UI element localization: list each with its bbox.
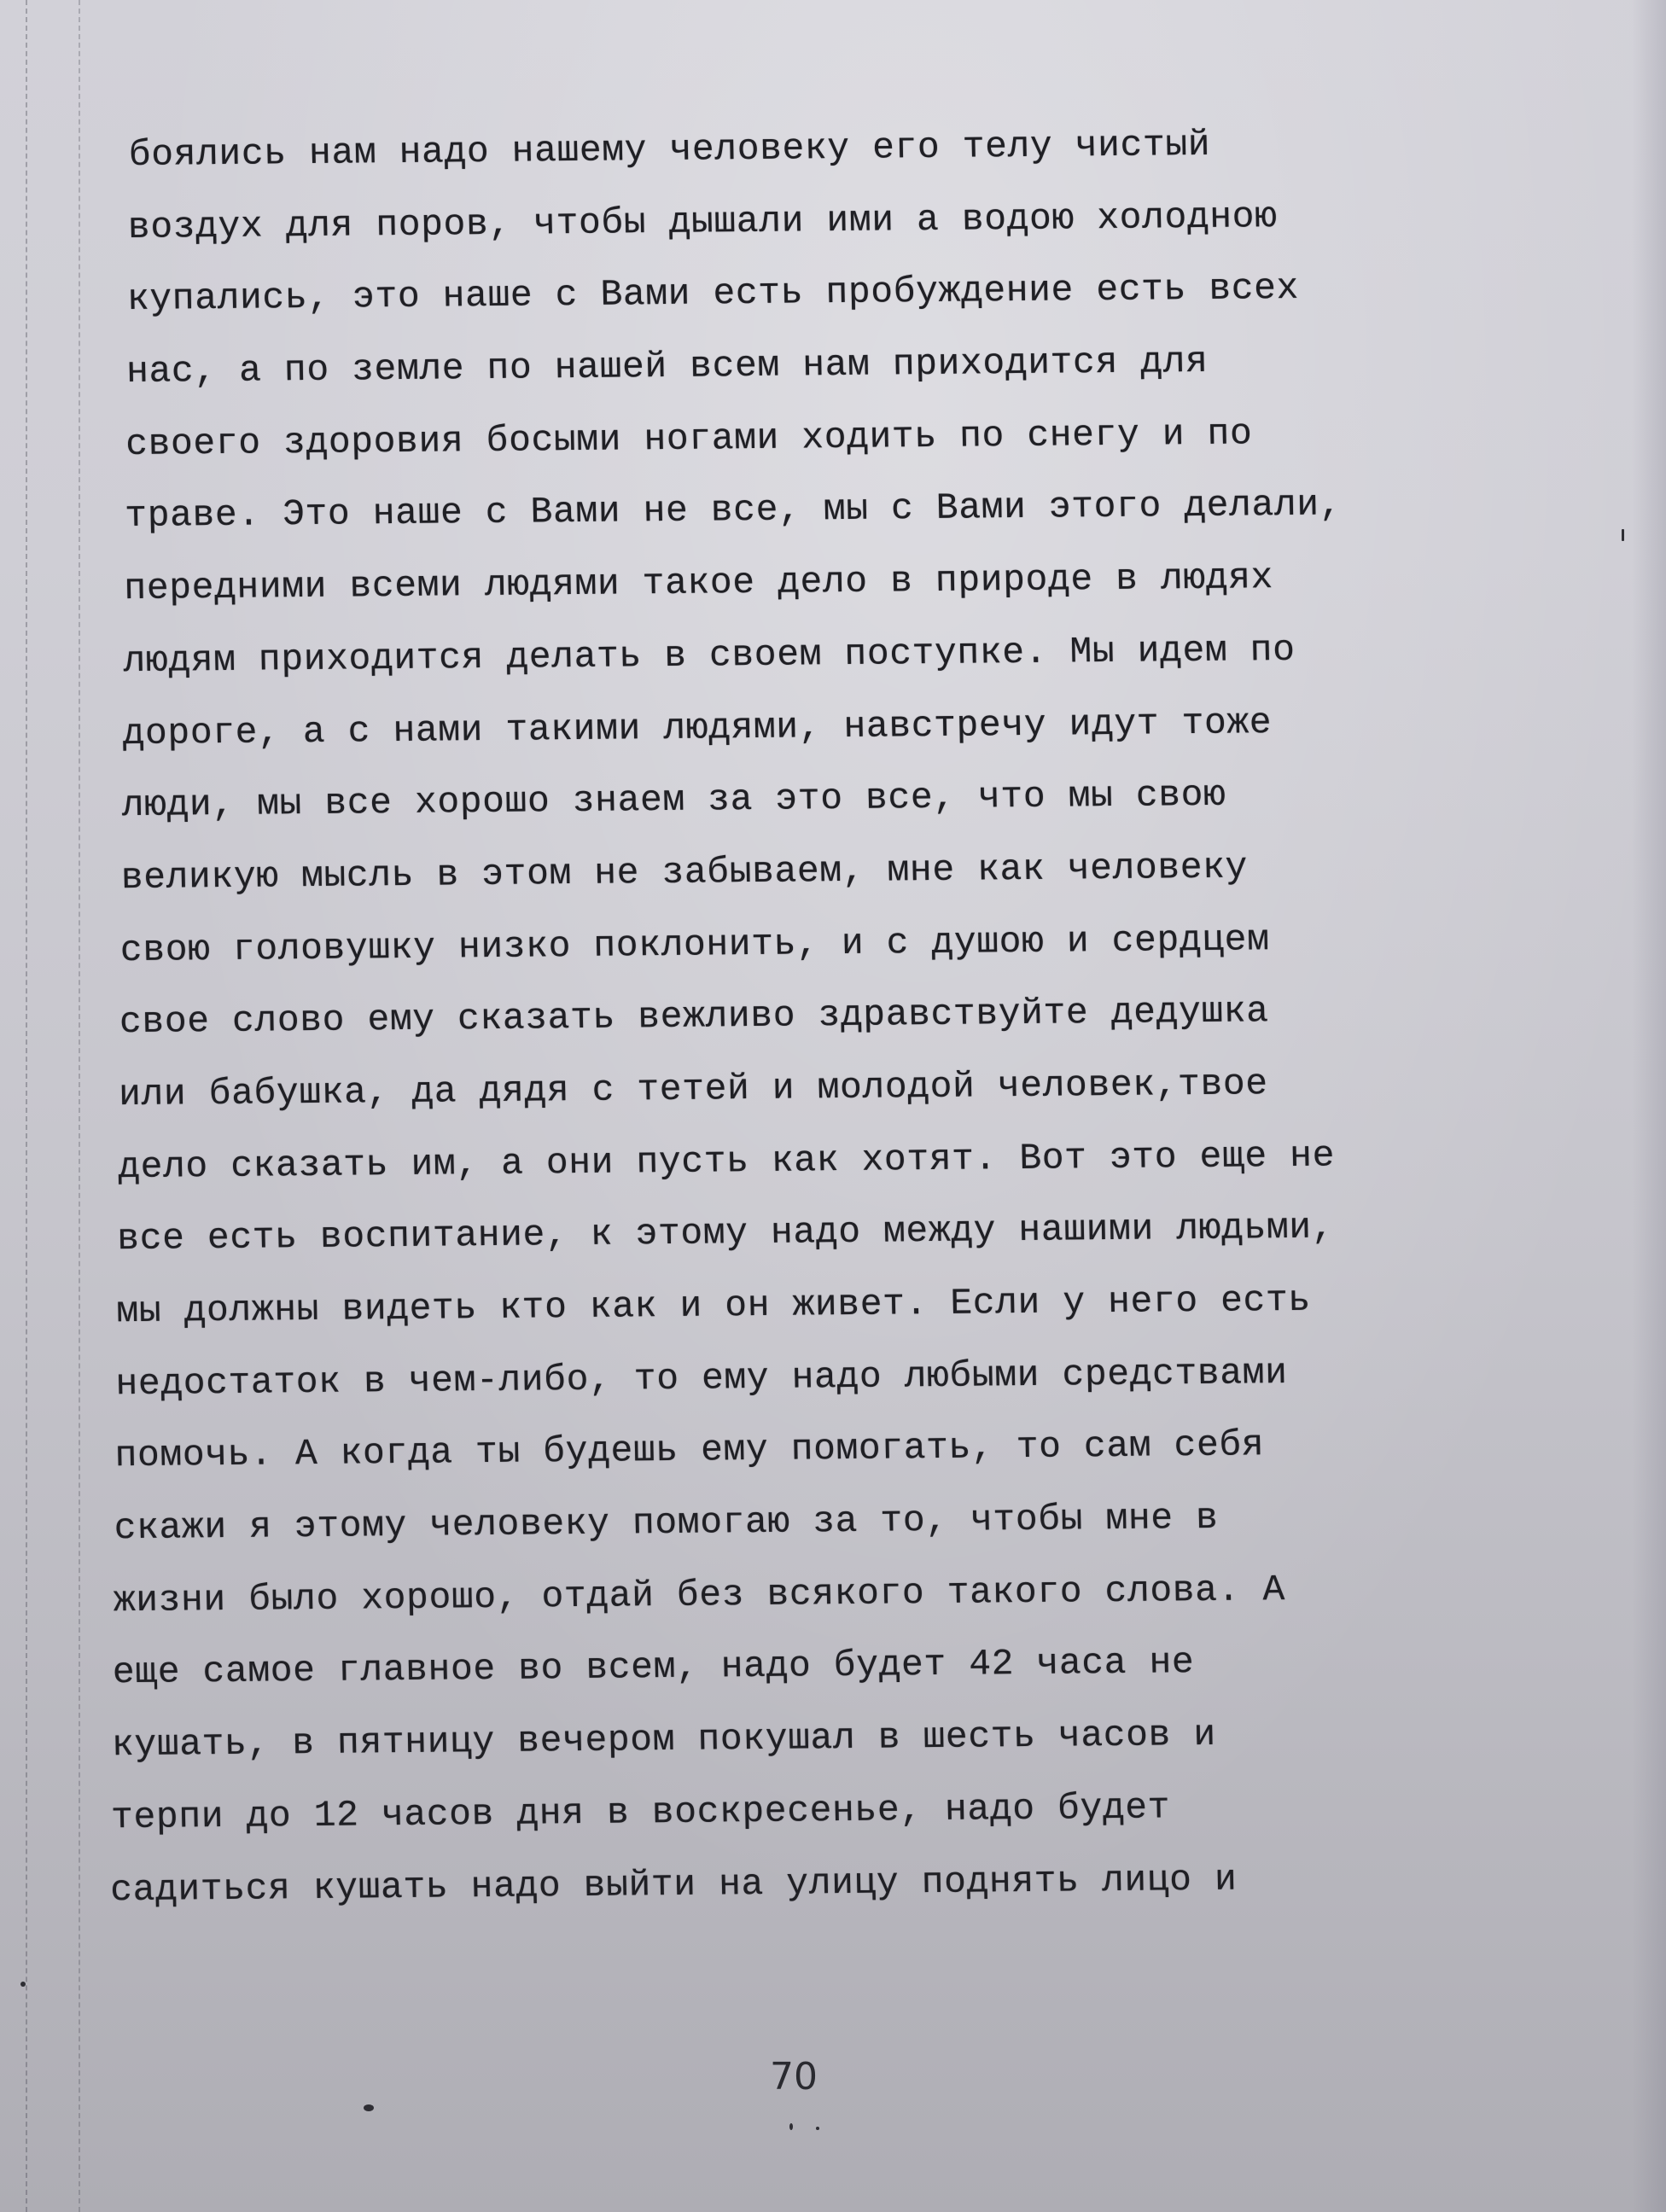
text-line: великую мысль в этом не забываем, мне ка… (120, 829, 1539, 915)
text-line: дело сказать им, а они пусть как хотят. … (117, 1118, 1535, 1204)
text-line: терпи до 12 часов дня в воскресенье, над… (110, 1768, 1529, 1854)
page-edge-shadow (1632, 0, 1666, 2212)
text-line: еще самое главное во всем, надо будет 42… (112, 1624, 1530, 1710)
text-line: свое слово ему сказать вежливо здравству… (119, 973, 1537, 1059)
body-text: боялись нам надо нашему человеку его тел… (128, 106, 1581, 1926)
text-line: нас, а по земле по нашей всем нам приход… (125, 323, 1544, 409)
text-line: все есть воспитание, к этому надо между … (116, 1190, 1535, 1277)
text-line: боялись нам надо нашему человеку его тел… (128, 106, 1547, 192)
text-line: купались, это наше с Вами есть пробужден… (126, 250, 1545, 336)
ink-speck (789, 2123, 793, 2130)
text-line: недостаток в чем-либо, то ему надо любым… (115, 1335, 1534, 1421)
text-line: или бабушка, да дядя с тетей и молодой ч… (118, 1045, 1536, 1132)
text-line: скажи я этому человеку помогаю за то, чт… (114, 1479, 1532, 1565)
text-line: передними всеми людями такое дело в прир… (124, 539, 1542, 626)
underlying-page-edge (79, 0, 80, 2212)
ink-speck (816, 2127, 819, 2130)
text-line: воздух для поров, чтобы дышали ими а вод… (127, 178, 1546, 265)
text-line: мы должны видеть кто как и он живет. Есл… (116, 1262, 1535, 1348)
ink-speck (20, 1982, 26, 1987)
text-line: дороге, а с нами такими людями, навстреч… (122, 684, 1541, 771)
text-line: людям приходится делать в своем поступке… (123, 612, 1541, 698)
text-line: свою головушку низко поклонить, и с душо… (119, 901, 1538, 987)
text-line: люди, мы все хорошо знаем за это все, чт… (121, 756, 1540, 842)
ink-speck (364, 2104, 374, 2111)
text-line: помочь. А когда ты будешь ему помогать, … (114, 1407, 1533, 1493)
text-line: жизни было хорошо, отдай без всякого так… (113, 1551, 1531, 1638)
text-line: садиться кушать надо выйти на улицу подн… (109, 1841, 1528, 1927)
text-line: своего здоровия босыми ногами ходить по … (125, 395, 1543, 481)
text-line: траве. Это наше с Вами не все, мы с Вами… (124, 468, 1542, 554)
text-line: кушать, в пятницу вечером покушал в шест… (111, 1696, 1529, 1782)
underlying-page-edge (26, 0, 27, 2212)
ink-speck (1622, 529, 1624, 541)
page-number: 70 (770, 2055, 818, 2098)
